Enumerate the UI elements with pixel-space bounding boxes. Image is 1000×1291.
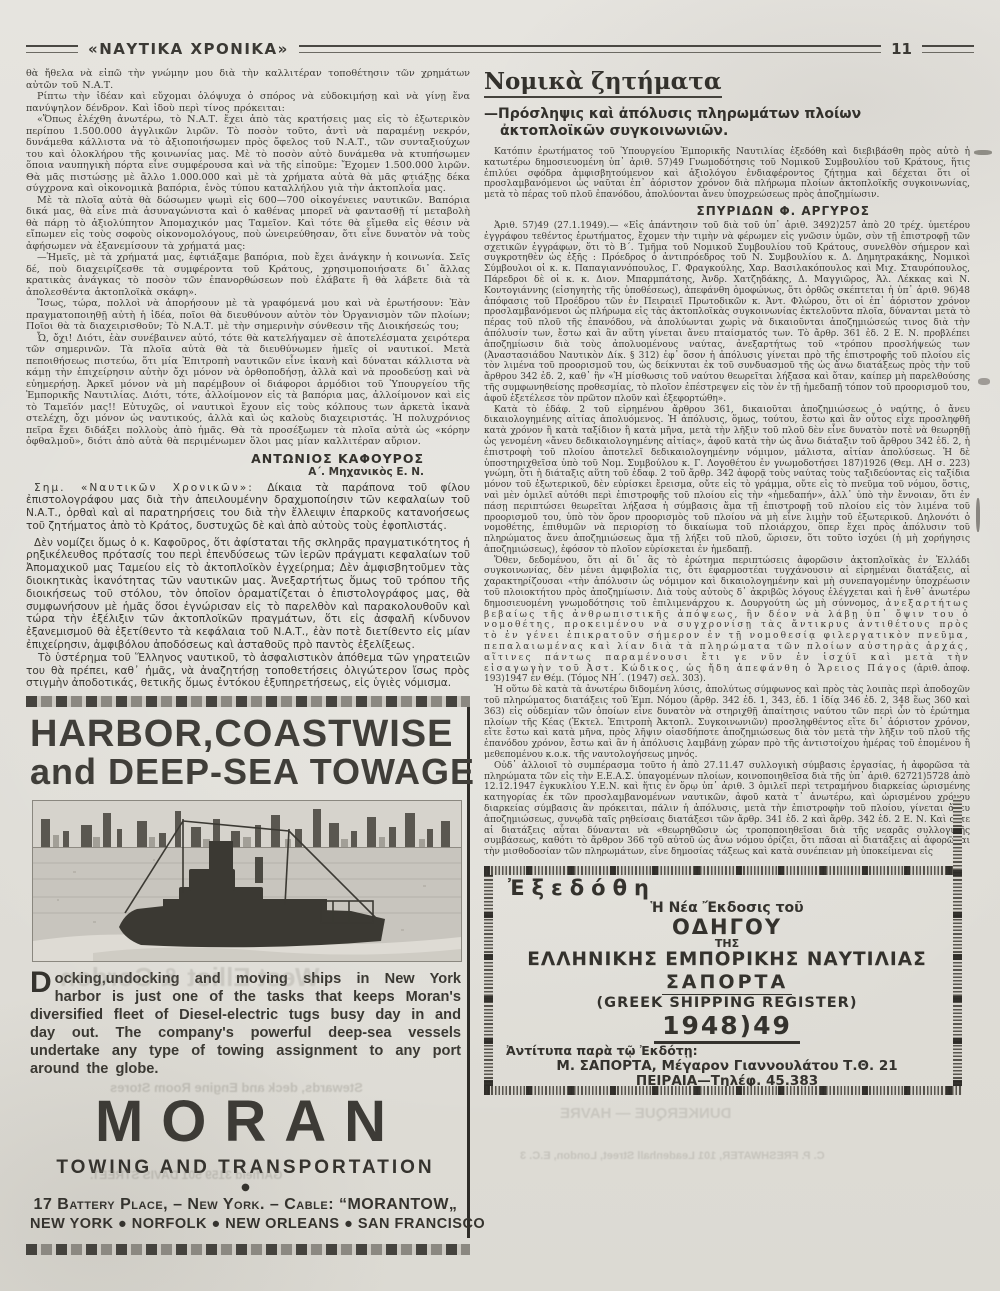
paragraph: Ἀριθ. 57)49 (27.1.1949).— «Εἰς ἀπάντησιν… bbox=[484, 221, 970, 405]
section-subtitle: —Πρόσληψις καὶ ἀπόλυσις πληρωμάτων πλοίω… bbox=[484, 106, 940, 140]
drop-cap: D bbox=[30, 970, 55, 996]
reader-letter-article: θὰ ἤθελα νὰ εἰπῶ τὴν γνώμην μου διὰ τὴν … bbox=[26, 68, 470, 448]
saporta-publisher: Μ. ΣΑΠΟΡΤΑ, Μέγαρον Γιαννουλάτου Τ.Θ. 21 bbox=[502, 1058, 952, 1074]
legal-opinion-text: Ἀριθ. 57)49 (27.1.1949).— «Εἰς ἀπάντησιν… bbox=[484, 221, 970, 556]
ad-hatch-border-top bbox=[484, 866, 962, 875]
signature-name: ΑΝΤΩΝΙΟΣ ΚΑΦΟΥΡΟΣ bbox=[26, 451, 424, 466]
section-title: Νομικὰ ζητήματα bbox=[484, 68, 722, 98]
paragraph: Μὲ τὰ πλοῖα αὐτὰ θὰ δώσωμεν ψωμὶ εἰς 600… bbox=[26, 195, 470, 253]
header-rule bbox=[26, 45, 78, 53]
moran-logo: MORAN bbox=[38, 1088, 461, 1155]
saporta-title-text: ΣΑΠΟΡΤΑ bbox=[662, 971, 792, 995]
letter-signature: ΑΝΤΩΝΙΟΣ ΚΑΦΟΥΡΟΣ Α΄. Μηχανικὸς Ε. Ν. bbox=[26, 451, 470, 478]
paragraph: —Ἡμεῖς, μὲ τὰ χρήματά μας, ἐφτιάξαμε βαπ… bbox=[26, 252, 470, 298]
paragraph: Οὐδ᾽ ἀλλοιοῖ τὸ συμπέρασμα τοῦτο ἡ ἀπὸ 2… bbox=[484, 761, 970, 858]
saporta-advertisement: Ἐξεδόθη Ἡ Νέα Ἔκδοσις τοῦ ΟΔΗΓΟΥ ΤΗΣ ΕΛΛ… bbox=[484, 866, 970, 1095]
saporta-title-saporta: ΣΑΠΟΡΤΑ bbox=[502, 971, 952, 993]
ad-checker-border-top bbox=[26, 696, 470, 707]
paragraph: Ρίπτω τὴν ἰδέαν καὶ εὔχομαι ὁλόψυχα ὁ σπ… bbox=[26, 91, 470, 114]
editor-note-continued: Δὲν νομίζει ὅμως ὁ κ. Καφοῦρος, ὅτι ἀφίσ… bbox=[26, 537, 470, 691]
paragraph: Κατόπιν ἐρωτήματος τοῦ Ὑπουργείου Ἐμπορι… bbox=[484, 147, 970, 201]
ad-hatch-border-bottom bbox=[484, 1086, 962, 1095]
saporta-new-edition: Ἡ Νέα Ἔκδοσις τοῦ bbox=[502, 900, 952, 916]
page-header: «ΝΑΥΤΙΚΑ ΧΡΟΝΙΚΑ» 11 bbox=[0, 0, 1000, 58]
ad-hatch-border-left bbox=[484, 875, 493, 1086]
magazine-title: «ΝΑΥΤΙΚΑ ΧΡΟΝΙΚΑ» bbox=[88, 40, 289, 58]
paragraph: Ἡ οὕτω δὲ κατὰ τὰ ἀνωτέρω διδομένη λύσις… bbox=[484, 685, 970, 761]
saporta-year: 1948)49 bbox=[502, 1013, 952, 1039]
scan-smudge bbox=[978, 378, 990, 385]
paragraph-emphasized-text: ἀνεξαρτήτως βεβαίως τῆς ἀνθρωπιστικῆς ἀπ… bbox=[484, 599, 970, 674]
signature-title: Α΄. Μηχανικὸς Ε. Ν. bbox=[26, 466, 424, 478]
saporta-title-odigou: ΟΔΗΓΟΥ bbox=[502, 916, 952, 938]
ad-hatch-border-right bbox=[953, 798, 962, 1086]
scan-smudge bbox=[976, 498, 980, 532]
paragraph: Σημ. «Ναυτικῶν Χρονικῶν»: Δίκαια τὰ παρά… bbox=[26, 482, 470, 533]
editor-note-lead: Σημ. «Ναυτικῶν Χρονικῶν»: bbox=[34, 482, 254, 494]
legal-opinion-text: Ἡ οὕτω δὲ κατὰ τὰ ἀνωτέρω διδομένη λύσις… bbox=[484, 685, 970, 858]
moran-advertisement: HARBOR,COASTWISE and DEEP-SEA TOWAGE bbox=[26, 707, 470, 1237]
saporta-issued-label: Ἐξεδόθη bbox=[502, 876, 952, 900]
editor-note: Σημ. «Ναυτικῶν Χρονικῶν»: Δίκαια τὰ παρά… bbox=[26, 482, 470, 533]
tugboat-photo-image bbox=[32, 800, 462, 962]
left-column: θὰ ἤθελα νὰ εἰπῶ τὴν γνώμην μου διὰ τὴν … bbox=[26, 68, 470, 1255]
paragraph: Ὅθεν, δεδομένου, ὅτι αἱ δι᾽ ἃς τὸ ἐρώτημ… bbox=[484, 556, 970, 686]
header-rule bbox=[299, 45, 881, 53]
saporta-title-ellinikis: ΕΛΛΗΝΙΚΗΣ ΕΜΠΟΡΙΚΗΣ ΝΑΥΤΙΛΙΑΣ bbox=[502, 949, 952, 971]
paragraph: Ὦ, ὄχι! Διότι, ἐὰν συνέβαινεν αὐτό, τότε… bbox=[26, 333, 470, 448]
saporta-register-label: (GREEK SHIPPING REGISTER) bbox=[502, 993, 952, 1013]
moran-ad-text: ocking,undocking and moving ships in New… bbox=[30, 971, 461, 1077]
moran-headline-line2: and DEEP-SEA TOWAGE bbox=[30, 754, 461, 791]
right-column: Νομικὰ ζητήματα —Πρόσληψις καὶ ἀπόλυσις … bbox=[484, 68, 970, 1255]
paragraph: Δὲν νομίζει ὅμως ὁ κ. Καφοῦρος, ὅτι ἀφίσ… bbox=[26, 537, 470, 652]
page-number: 11 bbox=[891, 40, 912, 58]
paragraph: Ἴσως, τώρα, πολλοὶ νὰ ἀπορήσουν μὲ τὰ γρ… bbox=[26, 298, 470, 333]
paragraph: «Ὅπως ἐλέχθη ἀνωτέρω, τὸ Ν.Α.Τ. ἔχει ἀπὸ… bbox=[26, 114, 470, 195]
scan-smudge bbox=[974, 150, 992, 155]
legal-signature: ΣΠΥΡΙΔΩΝ Φ. ΑΡΓΥΡΟΣ bbox=[484, 204, 970, 218]
ad-checker-border-bottom bbox=[26, 1244, 470, 1255]
moran-ad-body: Docking,undocking and moving ships in Ne… bbox=[30, 970, 461, 1078]
saporta-year-text: 1948)49 bbox=[654, 1011, 800, 1044]
magazine-page: West Elliot & Gordon Stewards, deck and … bbox=[0, 0, 1000, 1291]
moran-address-line2: NEW YORK ● NORFOLK ● NEW ORLEANS ● SAN F… bbox=[30, 1216, 461, 1232]
header-rule bbox=[922, 45, 974, 53]
paragraph: Τὸ ὑστέρημα τοῦ Ἕλληνος ναυτικοῦ, τὸ ἀσφ… bbox=[26, 652, 470, 690]
paragraph: θὰ ἤθελα νὰ εἰπῶ τὴν γνώμην μου διὰ τὴν … bbox=[26, 68, 470, 91]
paragraph: Κατὰ τὸ ἐδάφ. 2 τοῦ εἰρημένου ἄρθρου 361… bbox=[484, 405, 970, 556]
saporta-title-tis: ΤΗΣ bbox=[502, 938, 952, 949]
moran-address-line1: 17 Battery Place, – New York. – Cable: “… bbox=[30, 1196, 461, 1214]
moran-headline-line1: HARBOR,COASTWISE bbox=[30, 715, 461, 754]
moran-subtitle: TOWING AND TRANSPORTATION bbox=[30, 1157, 461, 1179]
legal-article: Κατόπιν ἐρωτήματος τοῦ Ὑπουργείου Ἐμπορι… bbox=[484, 147, 970, 201]
saporta-copies-label: Ἀντίτυπα παρὰ τῷ Ἐκδότῃ: bbox=[502, 1043, 952, 1058]
bullet-icon: ● bbox=[30, 1182, 461, 1193]
legal-opinion-text: Ὅθεν, δεδομένου, ὅτι αἱ δι᾽ ἃς τὸ ἐρώτημ… bbox=[484, 556, 970, 686]
two-column-layout: θὰ ἤθελα νὰ εἰπῶ τὴν γνώμην μου διὰ τὴν … bbox=[0, 58, 1000, 1255]
